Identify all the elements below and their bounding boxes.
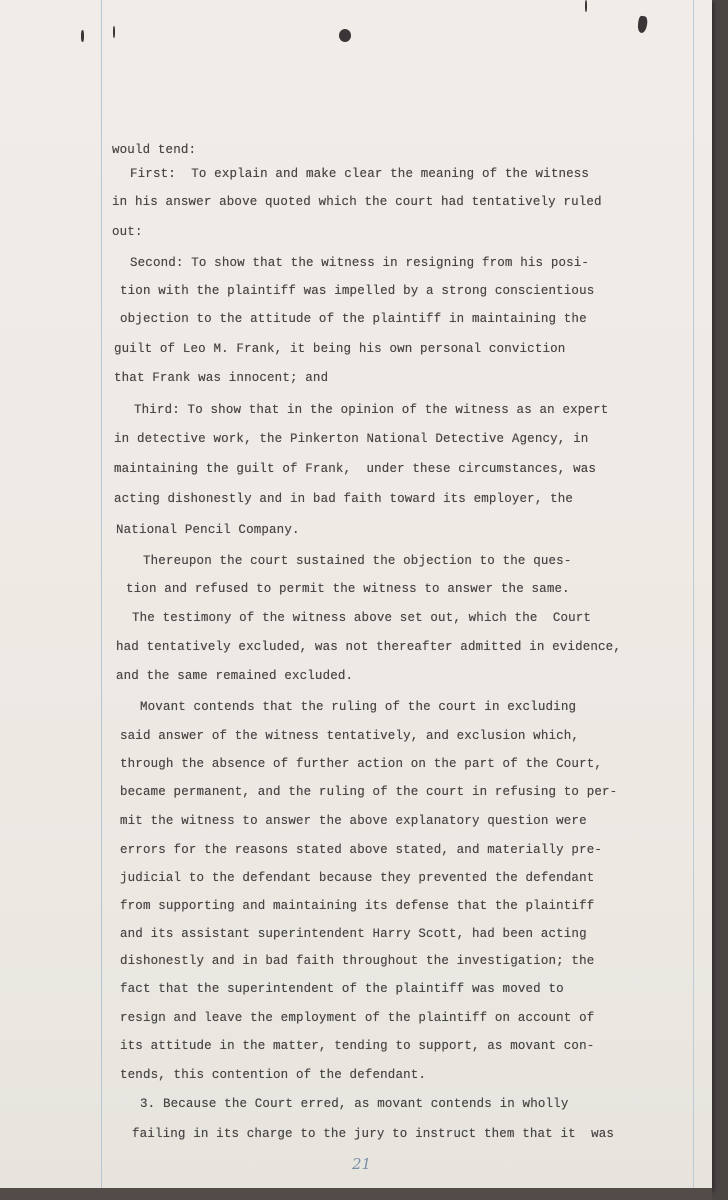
text-line: National Pencil Company. xyxy=(116,520,300,540)
text-line: Second: To show that the witness in resi… xyxy=(130,253,589,273)
text-line: First: To explain and make clear the mea… xyxy=(130,164,589,184)
punch-mark xyxy=(81,30,84,42)
text-line: and its assistant superintendent Harry S… xyxy=(120,924,587,944)
text-line: became permanent, and the ruling of the … xyxy=(120,782,617,802)
text-line: Thereupon the court sustained the object… xyxy=(143,551,571,571)
left-margin-rule xyxy=(101,0,102,1190)
text-line: The testimony of the witness above set o… xyxy=(132,608,591,628)
text-line: mit the witness to answer the above expl… xyxy=(120,811,587,831)
text-line: failing in its charge to the jury to ins… xyxy=(132,1124,614,1144)
text-line: fact that the superintendent of the plai… xyxy=(120,979,564,999)
text-line: maintaining the guilt of Frank, under th… xyxy=(114,459,596,479)
text-line: guilt of Leo M. Frank, it being his own … xyxy=(114,339,565,359)
text-line: that Frank was innocent; and xyxy=(114,368,328,388)
text-line: in his answer above quoted which the cou… xyxy=(112,192,602,212)
text-line: out: xyxy=(112,222,143,242)
text-line: judicial to the defendant because they p… xyxy=(120,868,594,888)
text-line: tion and refused to permit the witness t… xyxy=(126,579,570,599)
text-line: and the same remained excluded. xyxy=(116,666,353,686)
punch-mark xyxy=(113,26,115,38)
text-line: through the absence of further action on… xyxy=(120,754,602,774)
text-line: tends, this contention of the defendant. xyxy=(120,1065,426,1085)
punch-hole xyxy=(339,29,351,42)
text-line: its attitude in the matter, tending to s… xyxy=(120,1036,594,1056)
text-line: Third: To show that in the opinion of th… xyxy=(134,400,608,420)
right-margin-rule xyxy=(693,0,694,1190)
text-line: resign and leave the employment of the p… xyxy=(120,1008,594,1028)
desk-background xyxy=(0,1188,712,1200)
text-line: said answer of the witness tentatively, … xyxy=(120,726,579,746)
punch-mark xyxy=(585,0,587,12)
text-line: objection to the attitude of the plainti… xyxy=(120,309,587,329)
text-line: would tend: xyxy=(112,140,196,160)
document-page: would tend:First: To explain and make cl… xyxy=(0,0,712,1190)
text-line: in detective work, the Pinkerton Nationa… xyxy=(114,429,588,449)
text-line: dishonestly and in bad faith throughout … xyxy=(120,951,594,971)
text-line: from supporting and maintaining its defe… xyxy=(120,896,594,916)
text-line: errors for the reasons stated above stat… xyxy=(120,840,602,860)
text-line: had tentatively excluded, was not therea… xyxy=(116,637,621,657)
text-line: tion with the plaintiff was impelled by … xyxy=(120,281,594,301)
text-line: 3. Because the Court erred, as movant co… xyxy=(140,1094,568,1114)
text-line: acting dishonestly and in bad faith towa… xyxy=(114,489,573,509)
handwritten-page-number: 21 xyxy=(352,1155,371,1173)
text-line: Movant contends that the ruling of the c… xyxy=(140,697,576,717)
punch-mark xyxy=(637,15,648,33)
